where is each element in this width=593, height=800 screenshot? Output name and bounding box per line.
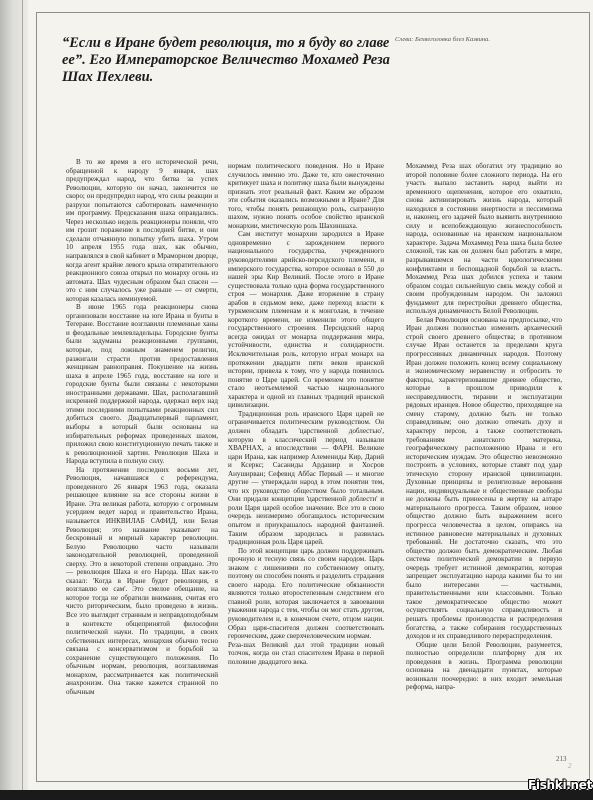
- text-column-2: нормам политического поведения. Но в Ира…: [228, 162, 384, 666]
- book-spine: [0, 0, 28, 790]
- paragraph: Сам институт монархии зародился в Иране …: [228, 230, 384, 409]
- bottom-shadow-bar: [0, 790, 593, 800]
- paragraph: Общие цели Белой Революции, разумеется, …: [406, 641, 562, 692]
- paragraph: По этой концепции царь должен поддержива…: [228, 547, 384, 641]
- paragraph: Мохаммед Реза шах обогатил эту традицию …: [406, 162, 562, 316]
- text-column-1: В то же время в его исторической речи, о…: [66, 158, 218, 696]
- paragraph: В то же время в его исторической речи, о…: [66, 158, 218, 303]
- pencil-mark: 2: [568, 762, 572, 770]
- image-caption: Слева: Бехвеголовка блез Казвина.: [395, 36, 545, 43]
- spine-edge: [22, 0, 23, 790]
- paragraph: На протяжении последних восьми лет, Рево…: [66, 466, 218, 697]
- watermark-logo: Fishki.net: [528, 778, 592, 792]
- paragraph: нормам политического поведения. Но в Ира…: [228, 162, 384, 230]
- paragraph: Традиционная роль иранского Царя царей н…: [228, 410, 384, 547]
- text-column-3: Мохаммед Реза шах обогатил эту традицию …: [406, 162, 562, 692]
- epigraph-quote: “Если в Иране будет революция, то я буду…: [62, 35, 392, 86]
- paragraph: Белая Революция основана на предпосылке,…: [406, 316, 562, 641]
- paragraph: В июне 1965 года реакционеры снова орган…: [66, 303, 218, 465]
- page-number: 213: [556, 755, 567, 763]
- paragraph: Реза-шах Великий дал этой традиции новый…: [228, 641, 384, 667]
